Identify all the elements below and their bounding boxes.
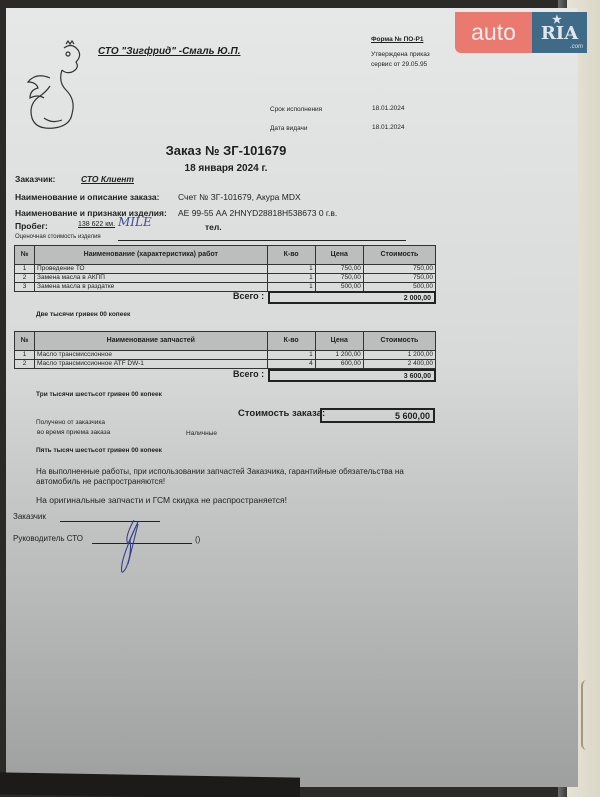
parts-header-row: № Наименование запчастей К-во Цена Стоим… [15,332,436,351]
cell-cost: 1 200,00 [363,351,435,360]
order-date: 18 января 2024 г. [6,163,446,174]
cell-name: Проведение ТО [35,265,268,274]
cell-price: 750,00 [315,265,363,274]
deadline-value: 18.01.2024 [372,105,405,112]
issue-date-label: Дата видачи [270,125,308,132]
cell-number: 1 [15,351,35,360]
cell-qty: 1 [267,351,315,360]
works-total-label: Всего : [233,291,264,301]
order-cost-label: Стоимость заказа: [238,408,325,419]
discount-note: На оригинальные запчасти и ГСМ скидка не… [36,495,287,505]
table-row: 2 Замена масла в АКПП 1 750,00 750,00 [15,274,436,283]
cell-cost: 750,00 [363,274,435,283]
parts-total-label: Всего : [233,369,264,379]
cell-name: Масло трансмиссионное [35,351,268,360]
works-col-cost: Стоимость [363,246,435,265]
works-col-price: Цена [315,246,363,265]
parts-col-cost: Стоимость [363,332,435,351]
autoria-watermark: auto ★ RIA .com [455,12,587,53]
work-order-document: СТО "Зигфрид" -Смаль Ю.П. Форма № ПО-Р1 … [6,8,578,787]
deadline-label: Срок исполнения [270,106,322,113]
order-cost-value: 5 600,00 [320,408,435,423]
table-surface [0,772,300,797]
description-value: Счет № ЗГ-101679, Акура MDX [178,192,301,202]
parts-col-qty: К-во [267,332,315,351]
customer-signature-label: Заказчик [13,512,46,521]
mileage-label: Пробег: [15,221,48,231]
issue-date-value: 18.01.2024 [372,124,405,131]
works-total-value: 2 000,00 [268,291,436,304]
director-signature-suffix: () [195,535,200,544]
parts-col-price: Цена [315,332,363,351]
warranty-note: На выполненные работы, при использовании… [36,467,416,487]
works-header-row: № Наименование (характеристика) работ К-… [15,246,436,265]
customer-label: Заказчик: [15,174,55,184]
table-row: 1 Масло трансмиссионное 1 1 200,00 1 200… [15,351,436,360]
estimate-line [118,234,406,241]
cell-number: 2 [15,360,35,369]
cell-qty: 1 [267,265,315,274]
cell-number: 1 [15,265,35,274]
parts-col-number: № [15,332,35,351]
works-col-number: № [15,246,35,265]
mileage-handwritten: MILE [118,215,152,229]
item-value: АЕ 99-55 АА 2HNYD28818H538673 0 г.в. [178,208,337,218]
cell-name: Замена масла в АКПП [35,274,268,283]
watermark-auto: auto [455,12,532,53]
cell-cost: 750,00 [363,265,435,274]
payment-method: Наличные [186,430,217,437]
phone-label: тел. [205,222,222,232]
order-title: Заказ № ЗГ-101679 [6,143,446,158]
customer-value: СТО Клиент [81,174,134,184]
cell-number: 3 [15,283,35,292]
parts-total-value: 3 600,00 [268,369,436,382]
summary-total-words: Пять тысяч шестьсот гривен 00 копеек [36,447,162,454]
cell-number: 2 [15,274,35,283]
director-signature-label: Руководитель СТО [13,534,83,543]
dragon-mascot-icon [24,40,96,135]
table-row: 1 Проведение ТО 1 750,00 750,00 [15,265,436,274]
parts-col-name: Наименование запчастей [35,332,268,351]
table-row: 2 Масло трансмиссионное ATF DW-1 4 600,0… [15,360,436,369]
cell-price: 600,00 [315,360,363,369]
cell-price: 750,00 [315,274,363,283]
cell-name: Масло трансмиссионное ATF DW-1 [35,360,268,369]
received-line-1: Получено от заказчика [36,419,105,426]
works-table: № Наименование (характеристика) работ К-… [14,245,436,292]
works-col-qty: К-во [267,246,315,265]
signature-scribble-icon [112,518,148,580]
approval-line-1: Утверждена приказ [371,50,461,60]
parts-table: № Наименование запчастей К-во Цена Стоим… [14,331,436,369]
approval-note: Утверждена приказ сервис от 29.05.95 [371,50,461,70]
company-name: СТО "Зигфрид" -Смаль Ю.П. [98,46,241,57]
works-total-words: Две тысячи гривен 00 копеек [36,311,130,318]
approval-line-2: сервис от 29.05.95 [371,60,461,70]
mileage-value: 138 622 км. [78,221,115,228]
cell-cost: 2 400,00 [363,360,435,369]
received-line-2: во время приема заказа [37,429,110,436]
watermark-suffix: .com [570,44,583,50]
estimate-label: Оценочная стоимость изделия [15,234,101,240]
watermark-ria: ★ RIA .com [532,12,587,53]
star-icon: ★ [552,13,562,26]
ornament-decoration [581,680,593,750]
cell-qty: 1 [267,274,315,283]
cell-qty: 4 [267,360,315,369]
description-label: Наименование и описание заказа: [15,192,159,202]
watermark-ria-text: RIA [541,23,578,44]
works-col-name: Наименование (характеристика) работ [35,246,268,265]
cell-price: 1 200,00 [315,351,363,360]
form-number: Форма № ПО-Р1 [371,36,423,43]
parts-total-words: Три тысячи шестьсот гривен 00 копеек [36,391,162,398]
